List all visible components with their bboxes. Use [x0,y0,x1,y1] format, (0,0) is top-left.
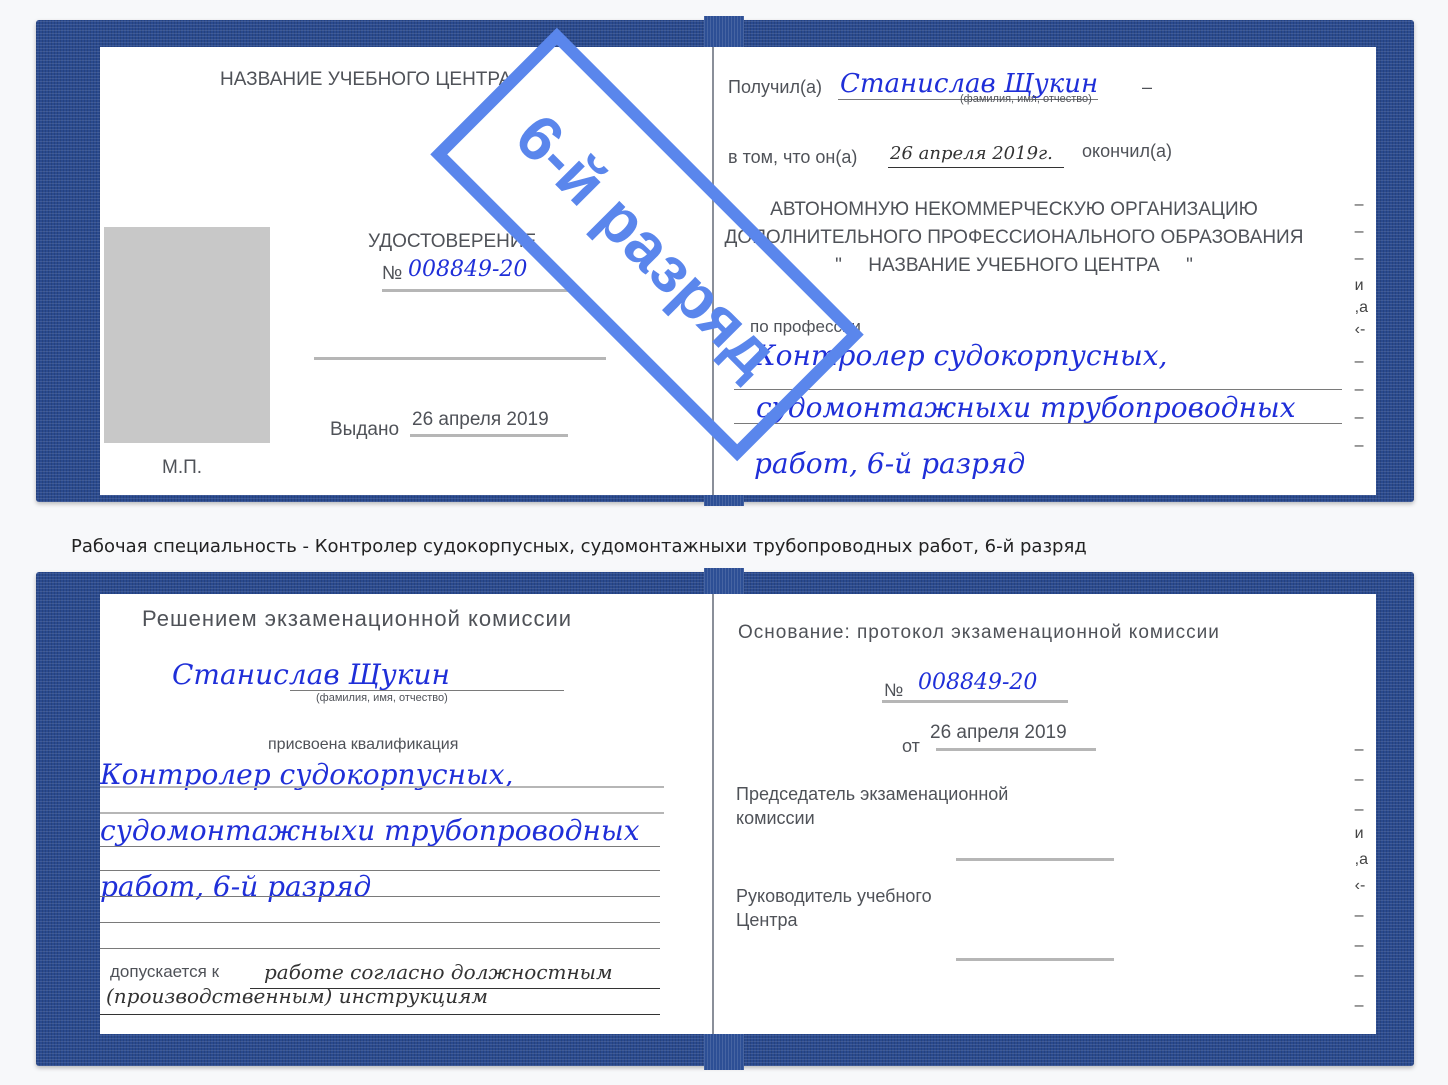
person-name-underline [290,690,564,691]
number-label: № [382,263,402,285]
protocol-date-label: от [902,736,920,757]
signature-line [314,357,606,360]
name-hint: (фамилия, имя, отчество) [960,93,1092,105]
received-label: Получил(а) [728,77,822,98]
training-center-name: НАЗВАНИЕ УЧЕБНОГО ЦЕНТРА [220,69,512,91]
finished-label: окончил(а) [1082,141,1172,162]
completion-date: 26 апреля 2019г. [890,143,1053,164]
profession-rule-2 [734,423,1342,424]
seal-label: М.П. [162,457,202,479]
profession-line-2: судомонтажныхи трубопроводных [756,391,1296,424]
qualification-rule-6 [100,922,660,923]
photo-placeholder [104,227,270,443]
qualification-right-page: Основание: протокол экзаменационной коми… [714,594,1376,1034]
specialty-caption: Рабочая специальность - Контролер судоко… [71,533,1101,561]
dash: – [1142,77,1152,98]
protocol-number-label: № [884,680,903,701]
edge-marks: – – – и ,а ‹- – – – – [1355,742,1368,1028]
qualification-line-3: работ, 6-й разряд [100,870,371,903]
protocol-date-underline [936,748,1096,751]
commission-heading: Решением экзаменационной комиссии [142,606,572,632]
chairman-signature-line [956,858,1114,861]
edge-marks: – – – и ,а ‹- – – – – [1355,197,1368,466]
org-line-3: " НАЗВАНИЕ УЧЕБНОГО ЦЕНТРА " [714,255,1314,277]
certificate-right-page: Получил(а) Станислав Щукин (фамилия, имя… [714,47,1376,495]
number-underline [382,289,568,292]
qualification-label: присвоена квалификация [268,736,458,754]
admitted-label: допускается к [110,962,219,982]
issued-date-underline [410,434,568,437]
protocol-number-underline [882,700,1068,703]
admitted-line-2: (производственным) инструкциям [106,984,488,1008]
profession-line-3: работ, 6-й разряд [754,447,1025,480]
admitted-line-1: работе согласно должностным [264,960,613,984]
org-line-1: АВТОНОМНУЮ НЕКОММЕРЧЕСКУЮ ОРГАНИЗАЦИЮ [714,199,1314,221]
profession-rule-1 [734,389,1342,390]
admitted-rule-2 [100,1014,660,1015]
qualification-line-2: судомонтажныхи трубопроводных [100,814,640,847]
qualification-rule-3 [100,846,660,847]
page-fold [712,594,714,1034]
org-line-2: ДОПОЛНИТЕЛЬНОГО ПРОФЕССИОНАЛЬНОГО ОБРАЗО… [714,227,1314,249]
completion-date-underline [888,167,1064,168]
name-hint: (фамилия, имя, отчество) [316,692,448,704]
issued-label: Выдано [330,419,399,441]
certificate-number: 008849-20 [408,257,527,282]
chairman-label-2: комиссии [736,808,815,829]
head-label-2: Центра [736,910,798,931]
person-name: Станислав Щукин [172,658,450,691]
head-label-1: Руководитель учебного [736,886,932,907]
protocol-date: 26 апреля 2019 [930,722,1067,744]
qualification-rule-5 [100,896,660,897]
that-label: в том, что он(а) [728,147,857,168]
qualification-left-page: Решением экзаменационной комиссии Станис… [100,594,712,1034]
qualification-rule-1 [100,786,664,788]
protocol-number: 008849-20 [918,670,1037,695]
chairman-label-1: Председатель экзаменационной [736,784,1008,805]
issued-date: 26 апреля 2019 [412,409,549,431]
head-signature-line [956,958,1114,961]
protocol-basis: Основание: протокол экзаменационной коми… [738,622,1220,644]
qualification-booklet: Решением экзаменационной комиссии Станис… [36,572,1414,1066]
qualification-rule-7 [100,948,660,949]
